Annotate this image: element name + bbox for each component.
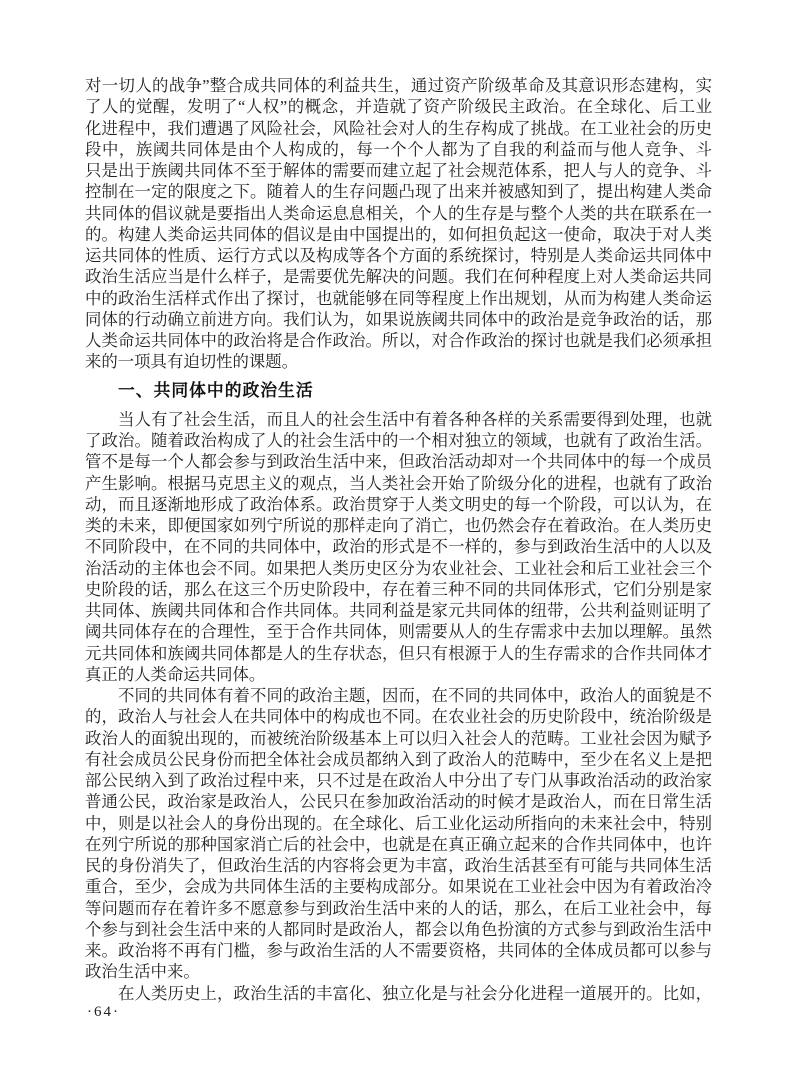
text-line: 只是出于族阈共同体不至于解体的需要而建立起了社会规范体系，把人与人的竞争、斗争 — [85, 160, 712, 181]
text-line: 当人有了社会生活，而且人的社会生活中有着各种各样的关系需要得到处理，也就有 — [85, 409, 712, 430]
text-line: 在列宁所说的那种国家消亡后的社会中，也就是在真正确立起来的合作共同体中，也许公 — [85, 834, 712, 855]
text-line: 的。构建人类命运共同体的倡议是由中国提出的，如何担负起这一使命，取决于对人类命 — [85, 224, 712, 245]
text-line: 等问题而存在着许多不愿意参与到政治生活中来的人的话，那么，在后工业社会中，每一 — [85, 898, 712, 919]
text-line: 中，则是以社会人的身份出现的。在全球化、后工业化运动所指向的未来社会中，特别是 — [85, 813, 712, 834]
text-line: 政治人的面貌出现的，而被统治阶级基本上可以归入社会人的范畴。工业社会因为赋予所 — [85, 728, 712, 749]
text-line: 化进程中，我们遭遇了风险社会，风险社会对人的生存构成了挑战。在工业社会的历史阶 — [85, 118, 712, 139]
text-line: 了人的觉醒，发明了“人权”的概念，并造就了资产阶级民主政治。在全球化、后工业 — [85, 96, 712, 117]
text-line: 重合，至少，会成为共同体生活的主要构成部分。如果说在工业社会中因为有着政治冷淡 — [85, 876, 712, 897]
text-line: 元共同体和族阈共同体都是人的生存状态，但只有根源于人的生存需求的合作共同体才是 — [85, 643, 712, 664]
text-line: 史阶段的话，那么在这三个历史阶段中，存在着三种不同的共同体形式，它们分别是家元 — [85, 579, 712, 600]
text-line: 同体的行动确立前进方向。我们认为，如果说族阈共同体中的政治是竞争政治的话，那么 — [85, 309, 712, 330]
text-line: 管不是每一个人都会参与到政治生活中来，但政治活动却对一个共同体中的每一个成员都 — [85, 451, 712, 472]
text-line: 来的一项具有迫切性的课题。 — [85, 351, 712, 372]
text-line: 人类命运共同体中的政治将是合作政治。所以，对合作政治的探讨也就是我们必须承担起 — [85, 330, 712, 351]
text-line: 政治生活应当是什么样子，是需要优先解决的问题。我们在何种程度上对人类命运共同体 — [85, 266, 712, 287]
text-line: 治活动的主体也会不同。如果把人类历史区分为农业社会、工业社会和后工业社会三个历 — [85, 558, 712, 579]
text-line: 共同体的倡议就是要指出人类命运息息相关，个人的生存是与整个人类的共在联系在一起 — [85, 203, 712, 224]
text-line: 运共同体的性质、运行方式以及构成等各个方面的系统探讨，特别是人类命运共同体中的 — [85, 245, 712, 266]
text-line: 真正的人类命运共同体。 — [85, 664, 712, 685]
text-line: 个参与到社会生活中来的人都同时是政治人，都会以角色扮演的方式参与到政治生活中 — [85, 919, 712, 940]
text-line: 阈共同体存在的合理性，至于合作共同体，则需要从人的生存需求中去加以理解。虽然家 — [85, 621, 712, 642]
text-line: 的，政治人与社会人在共同体中的构成也不同。在农业社会的历史阶段中，统治阶级是以 — [85, 706, 712, 727]
paragraph: 当人有了社会生活，而且人的社会生活中有着各种各样的关系需要得到处理，也就有了政治… — [85, 409, 712, 685]
text-line: 产生影响。根据马克思主义的观点，当人类社会开始了阶级分化的进程，也就有了政治活 — [85, 473, 712, 494]
text-line: 类的未来，即便国家如列宁所说的那样走向了消亡，也仍然会存在着政治。在人类历史的 — [85, 515, 712, 536]
text-line: 不同阶段中，在不同的共同体中，政治的形式是不一样的，参与到政治生活中的人以及政 — [85, 536, 712, 557]
text-line: 动，而且逐渐地形成了政治体系。政治贯穿于人类文明史的每一个阶段，可以认为，在人 — [85, 494, 712, 515]
text-line: 部公民纳入到了政治过程中来，只不过是在政治人中分出了专门从事政治活动的政治家和 — [85, 770, 712, 791]
text-line: 不同的共同体有着不同的政治主题，因而，在不同的共同体中，政治人的面貌是不同 — [85, 685, 712, 706]
text-line: 普通公民，政治家是政治人，公民只在参加政治活动的时候才是政治人，而在日常生活 — [85, 791, 712, 812]
text-line: 在人类历史上，政治生活的丰富化、独立化是与社会分化进程一道展开的。比如，就 — [85, 983, 712, 1004]
text-line: 控制在一定的限度之下。随着人的生存问题凸现了出来并被感知到了，提出构建人类命运 — [85, 181, 712, 202]
text-line: 段中，族阈共同体是由个人构成的，每一个个人都为了自我的利益而与他人竞争、斗争， — [85, 139, 712, 160]
paragraph: 在人类历史上，政治生活的丰富化、独立化是与社会分化进程一道展开的。比如，就 — [85, 983, 712, 1004]
page-number: ·64· — [87, 1002, 120, 1023]
text-line: 对一切人的战争”整合成共同体的利益共生，通过资产阶级革命及其意识形态建构，实现 — [85, 75, 712, 96]
text-block: 对一切人的战争”整合成共同体的利益共生，通过资产阶级革命及其意识形态建构，实现了… — [85, 75, 712, 1004]
text-line: 共同体、族阈共同体和合作共同体。共同利益是家元共同体的纽带，公共利益则证明了族 — [85, 600, 712, 621]
section-heading: 一、共同体中的政治生活 — [118, 380, 712, 401]
text-line: 了政治。随着政治构成了人的社会生活中的一个相对独立的领域，也就有了政治生活。尽 — [85, 430, 712, 451]
paragraph: 不同的共同体有着不同的政治主题，因而，在不同的共同体中，政治人的面貌是不同的，政… — [85, 685, 712, 983]
text-line: 民的身份消失了，但政治生活的内容将会更为丰富，政治生活甚至有可能与共同体生活相 — [85, 855, 712, 876]
text-line: 来。政治将不再有门槛，参与政治生活的人不需要资格，共同体的全体成员都可以参与到 — [85, 940, 712, 961]
paragraph: 对一切人的战争”整合成共同体的利益共生，通过资产阶级革命及其意识形态建构，实现了… — [85, 75, 712, 373]
text-line: 有社会成员公民身份而把全体社会成员都纳入到了政治人的范畴中，至少在名义上是把全 — [85, 749, 712, 770]
book-page: 对一切人的战争”整合成共同体的利益共生，通过资产阶级革命及其意识形态建构，实现了… — [0, 0, 793, 1077]
text-line: 政治生活中来。 — [85, 961, 712, 982]
text-line: 中的政治生活样式作出了探讨，也就能够在同等程度上作出规划，从而为构建人类命运共 — [85, 288, 712, 309]
